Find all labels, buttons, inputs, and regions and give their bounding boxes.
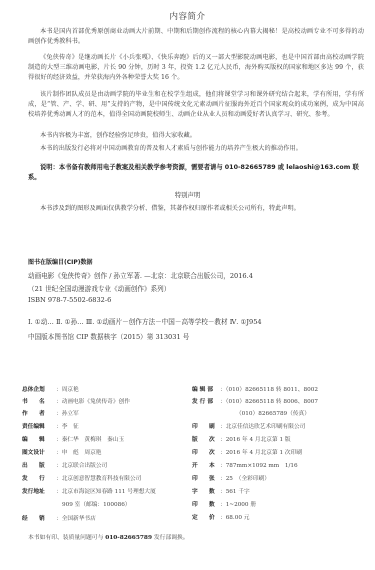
info-label: 印 次 bbox=[192, 447, 220, 456]
info-fax: （010）82665789（传真） bbox=[236, 408, 310, 417]
summary-paragraph-1: 本书是国内首部优秀原创商业动画大片前期、中期和后期创作流程的核心内幕大揭秘！是高… bbox=[28, 27, 364, 47]
info-label: 定 价 bbox=[192, 512, 220, 521]
info-print-run: 印 数：1~2000 册 bbox=[192, 499, 256, 508]
resource-note: 说明：本书备有教师用电子教案及相关教学参考资源，需要者请与 010-826657… bbox=[28, 163, 364, 184]
info-label: 发 行 部 bbox=[192, 396, 220, 405]
quality-notice-phone: 010-82665789 bbox=[105, 535, 152, 541]
info-word-count: 字 数：561 千字 bbox=[192, 486, 250, 495]
info-label: 发 行 bbox=[22, 473, 56, 482]
info-distributor: 发 行：北京创意智慧教育科技有限公司 bbox=[22, 473, 141, 482]
info-printer: 印 刷：北京佳信达欣艺术印刷有限公司 bbox=[192, 421, 305, 430]
quality-notice: 本书如有印、装质量问题可与 010-82665789 发行部调换。 bbox=[28, 532, 368, 541]
info-value: （010）82665118 转 8011、8002 bbox=[226, 387, 318, 393]
info-label: 版 次 bbox=[192, 434, 220, 443]
quality-notice-prefix: 本书如有印、装质量问题可与 bbox=[28, 535, 105, 541]
info-label: 开 本 bbox=[192, 460, 220, 469]
info-value: 全国新华书店 bbox=[62, 516, 96, 522]
info-label: 印 张 bbox=[192, 473, 220, 482]
cip-line-classification: Ⅰ. ①动… Ⅱ. ①孙… Ⅲ. ①动画片－创作方法－中国－高等学校－教材 Ⅳ.… bbox=[28, 316, 368, 326]
info-editorial-dept: 编 辑 部：（010）82665118 转 8011、8002 bbox=[192, 384, 318, 393]
info-label: 责任编辑 bbox=[22, 421, 56, 430]
book-copyright-page: 内容简介 本书是国内首部优秀原创商业动画大片前期、中期和后期创作流程的核心内幕大… bbox=[0, 0, 375, 570]
info-sheets: 印 张：25 （全彩印刷） bbox=[192, 473, 270, 482]
info-label: 书 名 bbox=[22, 396, 56, 405]
info-value: 1~2000 册 bbox=[226, 502, 256, 508]
info-value: 北京市海淀区知春路 111 号理想大厦 bbox=[62, 489, 156, 495]
cip-line-isbn: ISBN 978-7-5502-6832-6 bbox=[28, 296, 368, 304]
info-design: 图文设计：申 彪 周京艳 bbox=[22, 447, 102, 456]
info-book-name: 书 名：动画电影《兔侠传奇》创作 bbox=[22, 396, 130, 405]
info-value: 申 彪 周京艳 bbox=[62, 450, 102, 456]
info-value: 周京艳 bbox=[62, 387, 79, 393]
info-value: 孙立军 bbox=[62, 411, 79, 417]
info-value: 北京佳信达欣艺术印刷有限公司 bbox=[226, 424, 306, 430]
info-seller: 经 销：全国新华书店 bbox=[22, 513, 96, 522]
info-label: 印 刷 bbox=[192, 421, 220, 430]
info-value: 秦仁华 黄梅琪 秦山玉 bbox=[62, 437, 125, 443]
info-chief-editor: 责任编辑：李 征 bbox=[22, 421, 79, 430]
info-distribution-dept: 发 行 部：（010）82665118 转 8006、8007 bbox=[192, 396, 318, 405]
info-planner: 总体企划：周京艳 bbox=[22, 384, 79, 393]
info-edition: 版 次：2016 年 4 月北京第 1 版 bbox=[192, 434, 291, 443]
summary-paragraph-3: 该片制作团队成员是由动画学院的毕业生和在校学生组成，他们将课堂学习和课外研究结合… bbox=[28, 90, 364, 121]
info-label: 编 辑 bbox=[22, 434, 56, 443]
quality-notice-suffix: 发行部调换。 bbox=[152, 535, 189, 541]
info-price: 定 价：68.00 元 bbox=[192, 512, 249, 521]
cip-heading: 图书在版编目(CIP)数据 bbox=[28, 257, 93, 266]
info-label: 经 销 bbox=[22, 513, 56, 522]
info-value: 909 室（邮编：100086） bbox=[62, 502, 131, 508]
info-format: 开 本：787mm×1092 mm 1/16 bbox=[192, 460, 298, 469]
cip-line-title: 动画电影《兔侠传奇》创作 / 孙立军著. —北京：北京联合出版公司，2016.4 bbox=[28, 270, 368, 280]
info-label: 图文设计 bbox=[22, 447, 56, 456]
cip-line-record-number: 中国版本图书馆 CIP 数据核字（2015）第 313031 号 bbox=[28, 331, 368, 341]
info-value: 北京创意智慧教育科技有限公司 bbox=[62, 476, 142, 482]
info-value: 787mm×1092 mm 1/16 bbox=[226, 463, 298, 469]
info-label: 发行地址 bbox=[22, 486, 56, 495]
info-distribution-address-cont: 909 室（邮编：100086） bbox=[62, 499, 131, 508]
summary-paragraph-4: 本书内容极为丰富，创作经验弥足珍贵，值得大家收藏。 bbox=[28, 131, 364, 141]
info-value: 李 征 bbox=[62, 424, 79, 430]
info-value: 北京联合出版公司 bbox=[62, 463, 108, 469]
info-value: 25 （全彩印刷） bbox=[226, 476, 270, 482]
info-value: 动画电影《兔侠传奇》创作 bbox=[62, 399, 130, 405]
summary-title: 内容简介 bbox=[0, 10, 375, 22]
info-value: 561 千字 bbox=[226, 489, 250, 495]
info-label: 总体企划 bbox=[22, 384, 56, 393]
info-value: （010）82665789（传真） bbox=[236, 411, 310, 417]
info-printing: 印 次：2016 年 4 月北京第 1 次印刷 bbox=[192, 447, 302, 456]
special-statement-title: 特别声明 bbox=[0, 190, 375, 199]
info-editors: 编 辑：秦仁华 黄梅琪 秦山玉 bbox=[22, 434, 124, 443]
info-distribution-address: 发行地址：北京市海淀区知春路 111 号理想大厦 bbox=[22, 486, 156, 495]
info-publisher: 出 版：北京联合出版公司 bbox=[22, 460, 107, 469]
special-statement-text: 本书涉及到的图形及画面仅供教学分析、借鉴，其著作权归原作者或相关公司所有，特此声… bbox=[28, 203, 368, 212]
info-label: 作 者 bbox=[22, 408, 56, 417]
info-value: 2016 年 4 月北京第 1 版 bbox=[226, 437, 291, 443]
info-label: 印 数 bbox=[192, 499, 220, 508]
info-value: 68.00 元 bbox=[226, 515, 250, 521]
info-label: 出 版 bbox=[22, 460, 56, 469]
info-label: 字 数 bbox=[192, 486, 220, 495]
summary-paragraph-5: 本书的出版发行必将对中国动画教育的普及和人才素质与创作能力的培养产生极大的推动作… bbox=[28, 144, 364, 154]
info-author: 作 者：孙立军 bbox=[22, 408, 79, 417]
info-value: （010）82665118 转 8006、8007 bbox=[226, 399, 318, 405]
summary-paragraph-2: 《兔侠传奇》是继动画长片《小兵张嘎》、《快乐奔跑》后的又一部大型影院动画电影，也… bbox=[28, 53, 364, 84]
cip-line-series: （21 世纪全国动漫游戏专业《动画创作》系列） bbox=[28, 283, 368, 293]
info-label: 编 辑 部 bbox=[192, 384, 220, 393]
info-value: 2016 年 4 月北京第 1 次印刷 bbox=[226, 450, 302, 456]
